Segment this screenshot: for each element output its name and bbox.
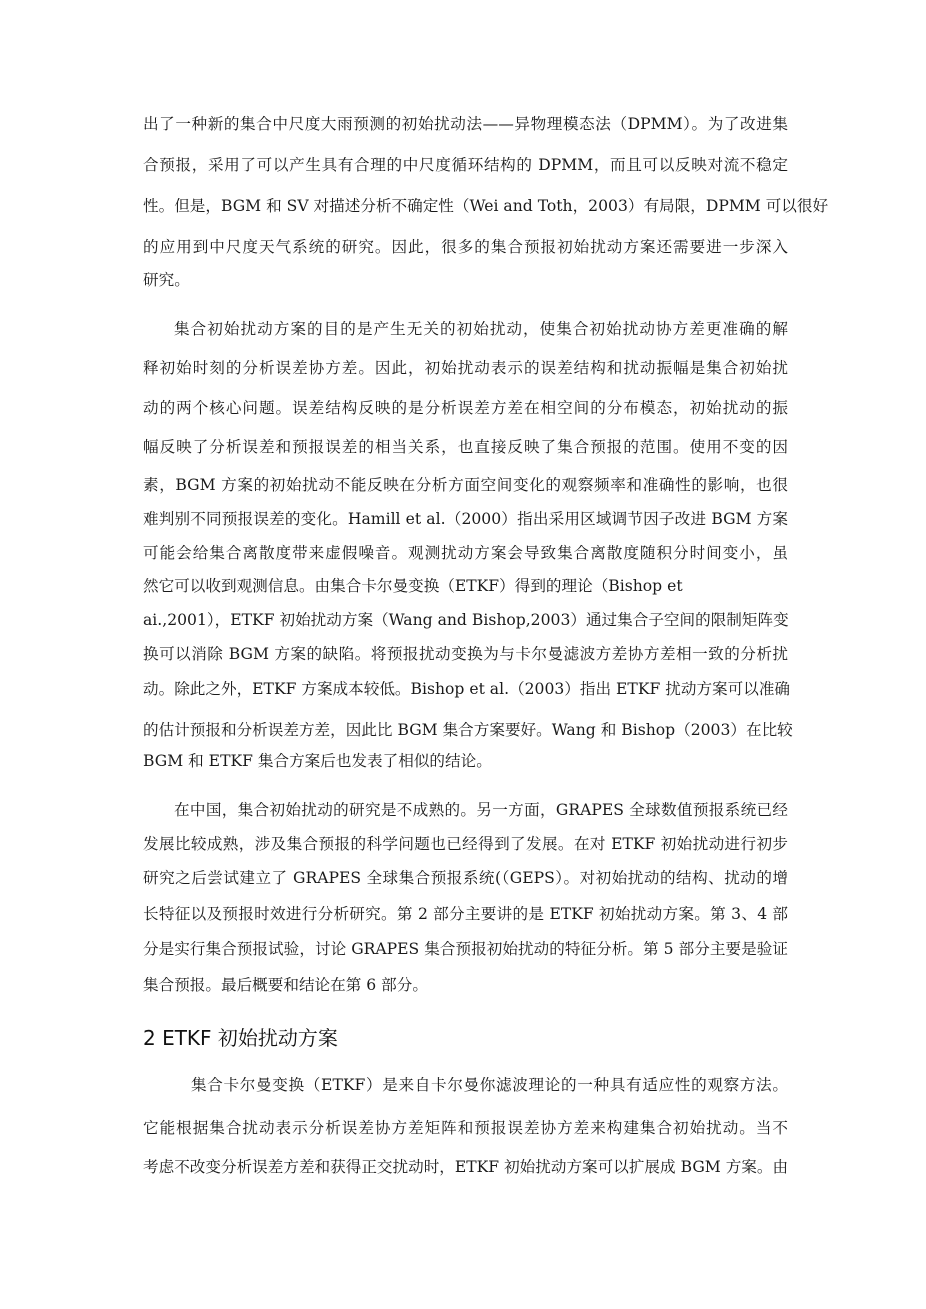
text-line: 素，BGM 方案的初始扰动不能反映在分析方面空间变化的观察频率和准确性的影响，也…: [143, 475, 788, 495]
text-line: 集合初始扰动方案的目的是产生无关的初始扰动，使集合初始扰动协方差更准确的解: [174, 319, 788, 339]
text-line: 性。但是，BGM 和 SV 对描述分析不确定性（Wei and Toth，200…: [143, 196, 788, 216]
text-line: 换可以消除 BGM 方案的缺陷。将预报扰动变换为与卡尔曼滤波方差协方差相一致的分…: [143, 644, 788, 664]
text-line: 然它可以收到观测信息。由集合卡尔曼变换（ETKF）得到的理论（Bishop et: [143, 576, 683, 596]
text-line: 幅反映了分析误差和预报误差的相当关系，也直接反映了集合预报的范围。使用不变的因: [143, 437, 788, 457]
text-line: 集合预报。最后概要和结论在第 6 部分。: [143, 975, 428, 995]
text-line: 在中国，集合初始扰动的研究是不成熟的。另一方面，GRAPES 全球数值预报系统已…: [174, 800, 788, 820]
text-line: BGM 和 ETKF 集合方案后也发表了相似的结论。: [143, 751, 492, 771]
text-line: 的估计预报和分析误差方差，因此比 BGM 集合方案要好。Wang 和 Bisho…: [143, 720, 788, 740]
text-line: 动的两个核心问题。误差结构反映的是分析误差方差在相空间的分布模态，初始扰动的振: [143, 398, 788, 418]
text-line: 研究。: [143, 270, 190, 290]
text-line: 释初始时刻的分析误差协方差。因此，初始扰动表示的误差结构和扰动振幅是集合初始扰: [143, 358, 788, 378]
text-line: 长特征以及预报时效进行分析研究。第 2 部分主要讲的是 ETKF 初始扰动方案。…: [143, 904, 788, 924]
text-line: 考虑不改变分析误差方差和获得正交扰动时，ETKF 初始扰动方案可以扩展成 BGM…: [143, 1157, 788, 1177]
text-line: 它能根据集合扰动表示分析误差协方差矩阵和预报误差协方差来构建集合初始扰动。当不: [143, 1118, 788, 1138]
text-line: 发展比较成熟，涉及集合预报的科学问题也已经得到了发展。在对 ETKF 初始扰动进…: [143, 834, 788, 854]
text-line: 合预报，采用了可以产生具有合理的中尺度循环结构的 DPMM，而且可以反映对流不稳…: [143, 155, 788, 175]
text-line: 可能会给集合离散度带来虚假噪音。观测扰动方案会导致集合离散度随积分时间变小，虽: [143, 543, 788, 563]
text-line: ai.,2001），ETKF 初始扰动方案（Wang and Bishop,20…: [143, 610, 788, 630]
text-line: 出了一种新的集合中尺度大雨预测的初始扰动法——异物理模态法（DPMM）。为了改进…: [143, 114, 788, 134]
text-line: 动。除此之外，ETKF 方案成本较低。Bishop et al.（2003）指出…: [143, 679, 788, 699]
text-line: 分是实行集合预报试验，讨论 GRAPES 集合预报初始扰动的特征分析。第 5 部…: [143, 939, 788, 959]
text-line: 集合卡尔曼变换（ETKF）是来自卡尔曼你滤波理论的一种具有适应性的观察方法。: [191, 1075, 788, 1095]
text-line: 研究之后尝试建立了 GRAPES 全球集合预报系统(（GEPS）。对初始扰动的结…: [143, 868, 788, 888]
section-heading: 2 ETKF 初始扰动方案: [143, 1026, 338, 1050]
text-line: 难判别不同预报误差的变化。Hamill et al.（2000）指出采用区域调节…: [143, 509, 788, 529]
text-line: 的应用到中尺度天气系统的研究。因此，很多的集合预报初始扰动方案还需要进一步深入: [143, 237, 788, 257]
